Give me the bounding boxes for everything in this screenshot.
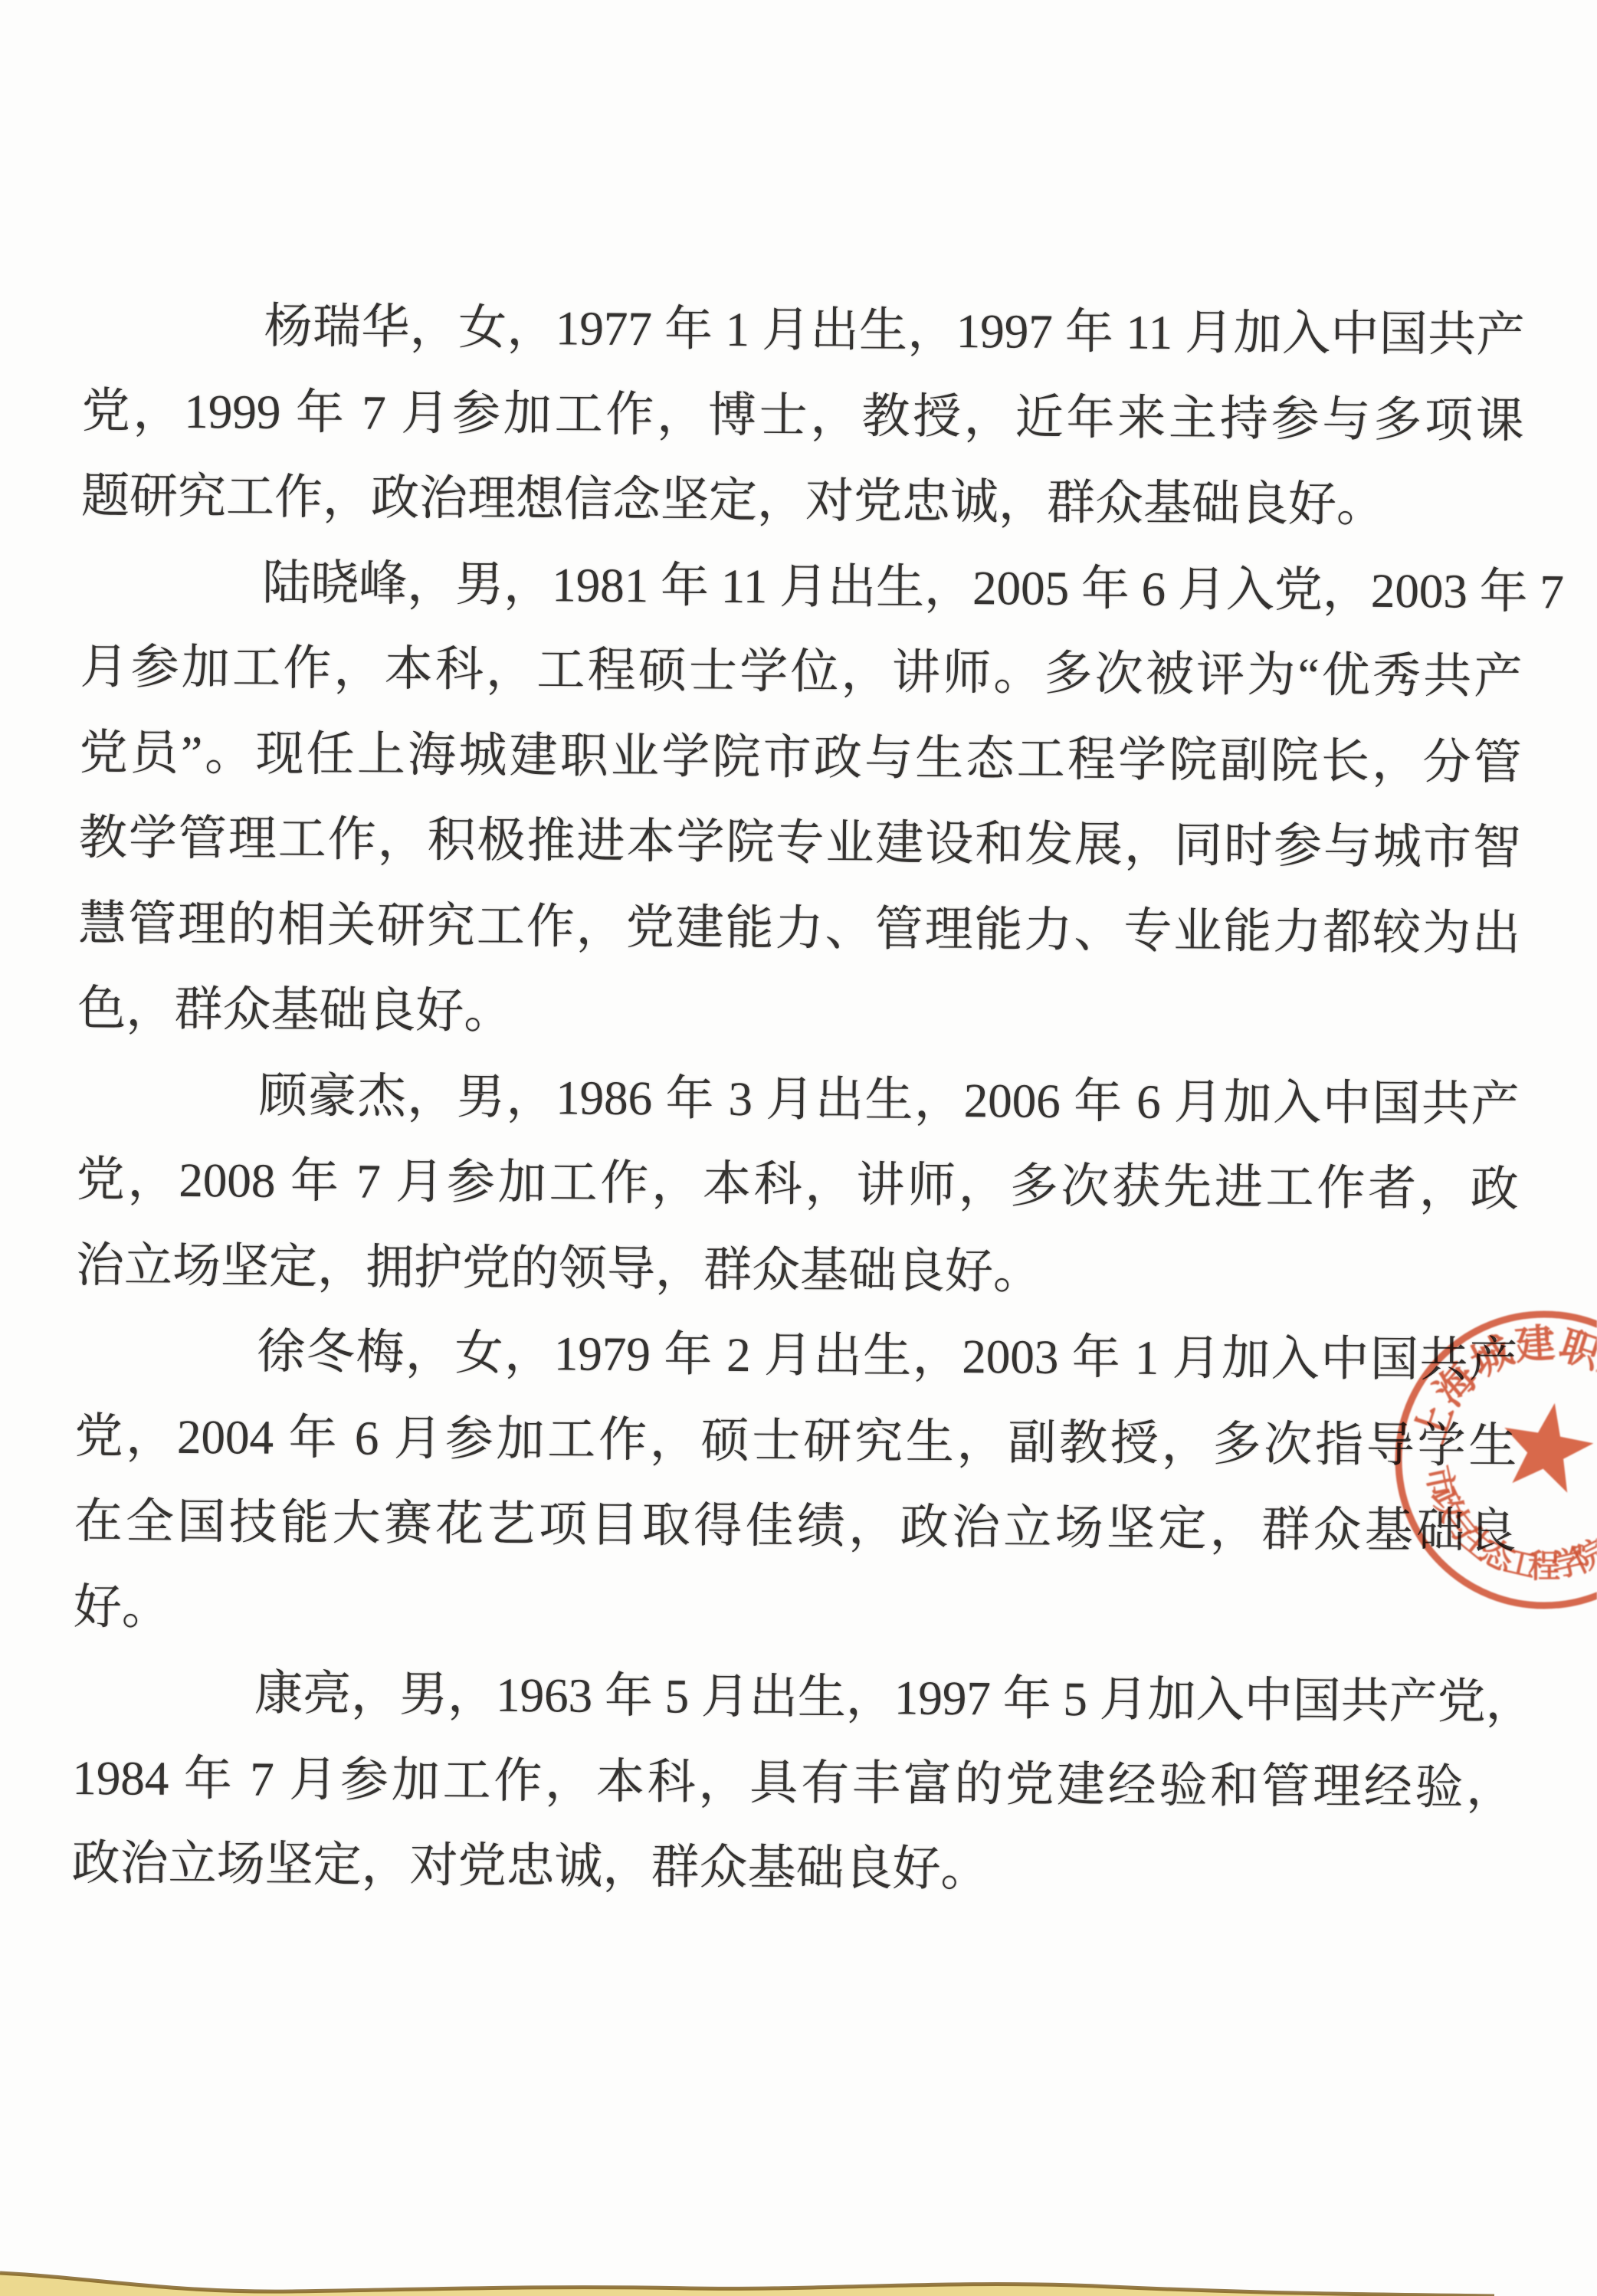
paragraph-kang-liang: 康亮，男，1963 年 5 月出生，1997 年 5 月加入中国共产党， 198…: [71, 1649, 1515, 1916]
text-line: 治立场坚定，拥护党的领导，群众基础良好。: [76, 1222, 1519, 1317]
paragraph-gu-haojie: 顾豪杰，男，1986 年 3 月出生，2006 年 6 月加入中国共产 党，20…: [76, 1051, 1520, 1317]
text-line: 1984 年 7 月参加工作，本科，具有丰富的党建经验和管理经验，: [72, 1734, 1515, 1830]
text-line: 党，1999 年 7 月参加工作，博士，教授，近年来主持参与多项课: [81, 367, 1524, 463]
text-line: 顾豪杰，男，1986 年 3 月出生，2006 年 6 月加入中国共产: [77, 1051, 1520, 1146]
seal-star-icon: [1504, 1403, 1593, 1493]
paragraph-lu-xiaofeng: 陆晓峰，男，1981 年 11 月出生，2005 年 6 月入党，2003 年 …: [77, 538, 1523, 1061]
text-line: 色，群众基础良好。: [77, 966, 1520, 1061]
stamp-char: 业: [1589, 1343, 1597, 1402]
text-line: 杨瑞华，女，1977 年 1 月出生，1997 年 11 月加入中国共产: [82, 282, 1525, 378]
text-line: 陆晓峰，男，1981 年 11 月出生，2005 年 6 月入党，2003 年 …: [80, 538, 1523, 634]
document-text: 杨瑞华，女，1977 年 1 月出生，1997 年 11 月加入中国共产 党，1…: [71, 282, 1525, 1916]
text-line: 党，2004 年 6 月参加工作，硕士研究生，副教授，多次指导学生: [74, 1392, 1517, 1488]
text-line: 徐冬梅，女，1979 年 2 月出生，2003 年 1 月加入中国共产: [75, 1307, 1518, 1403]
text-line: 好。: [74, 1563, 1517, 1659]
text-line: 政治立场坚定，对党忠诚，群众基础良好。: [71, 1820, 1514, 1916]
stamp-char: 学: [1549, 1543, 1589, 1585]
scanned-document-page: 杨瑞华，女，1977 年 1 月出生，1997 年 11 月加入中国共产 党，1…: [0, 0, 1597, 2296]
desk-surface: [0, 2273, 1597, 2296]
paper-edge-shadow-line: [0, 2273, 1494, 2296]
text-line: 慧管理的相关研究工作，党建能力、管理能力、专业能力都较为出: [78, 880, 1521, 976]
text-line: 题研究工作，政治理想信念坚定，对党忠诚，群众基础良好。: [81, 453, 1524, 549]
text-line: 在全国技能大赛花艺项目取得佳绩，政治立场坚定，群众基础良: [74, 1478, 1517, 1574]
text-line: 康亮，男，1963 年 5 月出生，1997 年 5 月加入中国共产党，: [73, 1649, 1516, 1745]
text-line: 党，2008 年 7 月参加工作，本科，讲师，多次获先进工作者，政: [76, 1137, 1519, 1232]
stamp-char: 院: [1569, 1533, 1597, 1579]
paragraph-xu-dongmei: 徐冬梅，女，1979 年 2 月出生，2003 年 1 月加入中国共产 党，20…: [74, 1307, 1518, 1659]
desk-edge-under-paper: [0, 2189, 1597, 2296]
stamp-char: 职: [1554, 1323, 1597, 1378]
text-line: 月参加工作，本科，工程硕士学位，讲师。多次被评为“优秀共产: [80, 624, 1523, 720]
text-line: 教学管理工作，积极推进本学院专业建设和发展，同时参与城市智: [79, 795, 1522, 891]
paragraph-yang-ruihua: 杨瑞华，女，1977 年 1 月出生，1997 年 11 月加入中国共产 党，1…: [81, 282, 1525, 549]
stamp-char: 建: [1513, 1321, 1556, 1369]
text-line: 党员”。现任上海城建职业学院市政与生态工程学院副院长，分管: [79, 709, 1522, 805]
stamp-char: 程: [1528, 1549, 1560, 1585]
